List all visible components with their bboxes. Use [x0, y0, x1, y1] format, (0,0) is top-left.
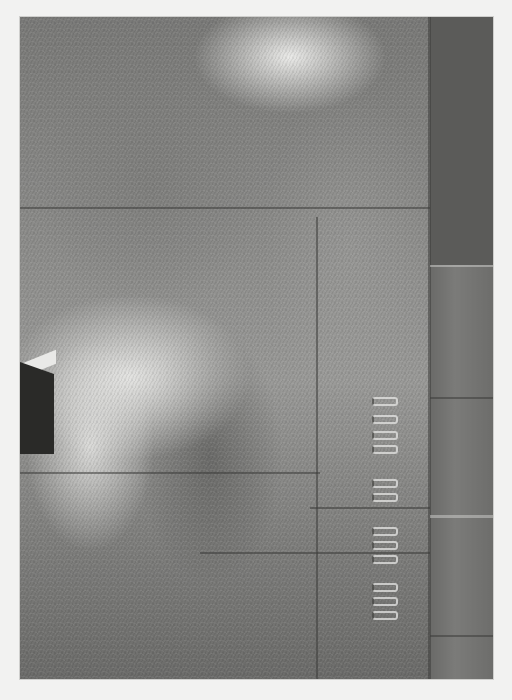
wooden-board-shadow: [20, 362, 54, 454]
mortar-joint: [20, 207, 430, 209]
carved-mark: [372, 527, 398, 536]
carved-mark: [372, 479, 398, 488]
carved-mark: [372, 611, 398, 620]
carved-mark: [372, 431, 398, 440]
image-description: Black-and-white photographic print of a …: [0, 0, 1, 1]
carved-mark: [372, 445, 398, 454]
mortar-joint: [430, 265, 493, 267]
photo-print: [20, 17, 493, 679]
mortar-joint: [430, 397, 493, 399]
mortar-joint: [316, 217, 318, 679]
carved-mark: [372, 415, 398, 424]
mortar-joint: [20, 472, 320, 474]
mortar-joint: [430, 635, 493, 637]
carved-mark: [372, 397, 398, 406]
mortar-joint: [428, 17, 431, 679]
carved-mark: [372, 583, 398, 592]
carved-mark: [372, 493, 398, 502]
carved-mark: [372, 541, 398, 550]
carved-glyph-column: [368, 387, 404, 627]
mortar-joint: [430, 515, 493, 518]
carved-mark: [372, 555, 398, 564]
dark-upper-block: [430, 17, 493, 265]
film-grain: [20, 17, 493, 679]
carved-mark: [372, 597, 398, 606]
